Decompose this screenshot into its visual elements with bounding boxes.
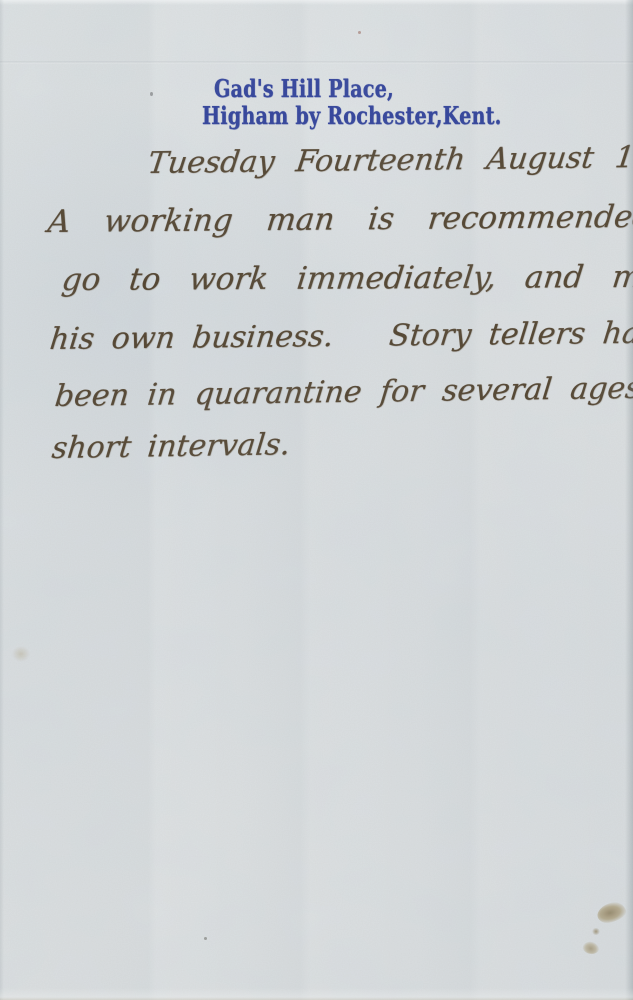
handwritten-line-5: short intervals. [50, 427, 292, 466]
handwritten-line-4: been in quarantine for several ages, at [53, 370, 633, 414]
paper-speck [358, 31, 361, 34]
handwritten-line-3: his own business. Story tellers have [48, 315, 633, 357]
paper-edge-bottom [0, 988, 633, 1000]
foxing-stain-dot [592, 928, 600, 935]
foxing-stain-small [582, 940, 601, 956]
handwritten-line-3-left: his own business. [48, 319, 335, 357]
handwritten-line-3-right: Story tellers have [387, 315, 633, 353]
letterhead-line-2: Higham by Rochester,Kent. [202, 101, 501, 130]
handwritten-line-2: go to work immediately, and minds [60, 259, 633, 298]
faint-smudge [12, 646, 30, 662]
paper-edge-top [0, 0, 633, 5]
paper-speck [150, 92, 153, 96]
paper-speck [204, 937, 207, 940]
handwritten-date: Tuesday Fourteenth August 1866 [146, 139, 633, 181]
letter-scan: Gad's Hill Place, Higham by Rochester,Ke… [0, 0, 633, 1000]
paper-edge-left [0, 0, 4, 1000]
letterhead-line-1: Gad's Hill Place, [214, 74, 394, 103]
handwritten-line-1: A working man is recommended to [46, 198, 633, 240]
paper-crease [0, 61, 633, 64]
foxing-stain-large [595, 900, 628, 925]
